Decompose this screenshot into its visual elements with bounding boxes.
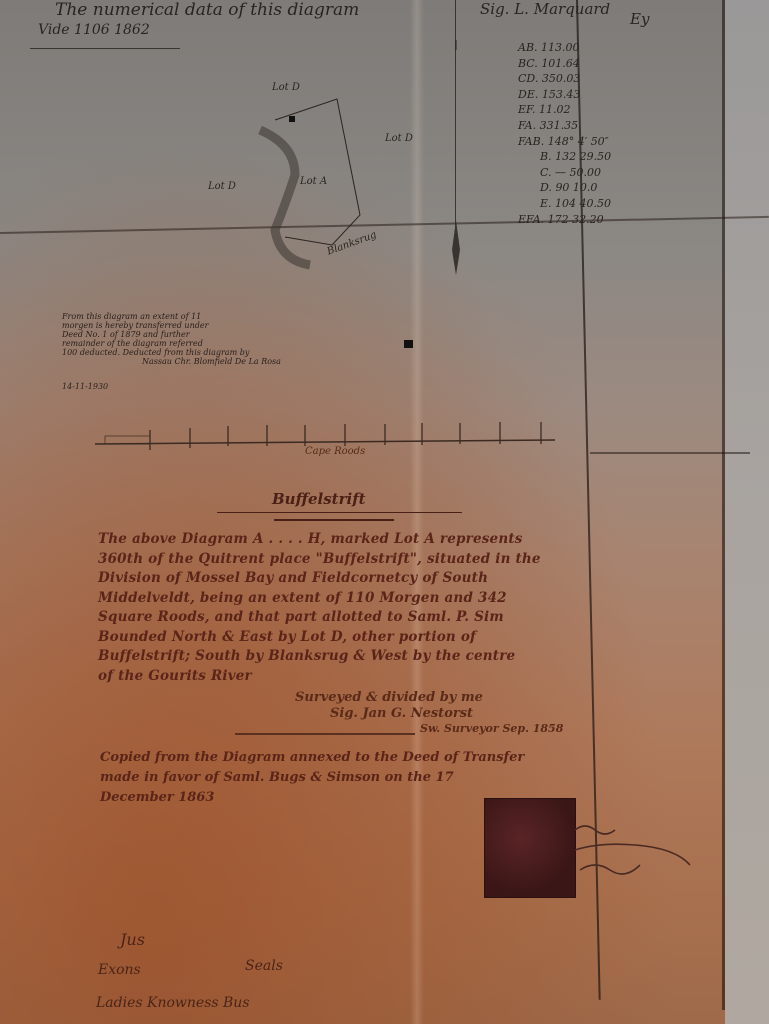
survey-row: FAB. 148° 4′ 50″ — [518, 134, 611, 150]
bottom-signature-d: Ladies Knowness Bus — [96, 995, 250, 1011]
survey-marker — [404, 340, 413, 348]
survey-row: EF. 11.02 — [518, 102, 611, 118]
attestation-line1: Surveyed & divided by me — [295, 690, 483, 705]
label-lot-d-left: Lot D — [208, 181, 236, 192]
survey-row: DE. 153.43 — [518, 87, 611, 103]
survey-row: E. 104 40.50 — [518, 196, 611, 212]
header-underline — [30, 48, 180, 49]
marginal-note: From this diagram an extent of 11 morgen… — [62, 312, 281, 366]
title-rule — [217, 512, 462, 513]
survey-row: BC. 101.64 — [518, 56, 611, 72]
page-edge — [725, 0, 769, 1024]
label-lot-d-right: Lot D — [385, 133, 413, 144]
document-title: Buffelstrift — [272, 490, 366, 508]
header-note-line1: The numerical data of this diagram — [55, 0, 359, 20]
survey-row: B. 132 29.50 — [518, 149, 611, 165]
north-arrow-icon — [446, 10, 466, 275]
attestation-line2: Sig. Jan G. Nestorst — [330, 706, 473, 721]
attestation-rule — [235, 733, 415, 735]
survey-row: D. 90 10.0 — [518, 180, 611, 196]
header-signature: Sig. L. Marquard — [480, 0, 610, 18]
registrar-signature — [570, 800, 700, 890]
bottom-signature-a: Jus — [120, 930, 145, 949]
copy-note: Copied from the Diagram annexed to the D… — [100, 748, 524, 808]
survey-row: CD. 350.03 — [518, 71, 611, 87]
survey-data-table: AB. 113.00 BC. 101.64 CD. 350.03 DE. 153… — [518, 40, 611, 227]
survey-row: FA. 331.35 — [518, 118, 611, 134]
official-seal — [484, 798, 576, 898]
page-border — [722, 0, 725, 1010]
fold-line — [590, 452, 750, 454]
marginal-note-date: 14-11-1930 — [62, 382, 108, 391]
title-underline — [274, 519, 394, 521]
survey-row: AB. 113.00 — [518, 40, 611, 56]
attestation-line3: Sw. Surveyor Sep. 1858 — [420, 722, 563, 735]
header-note-line2: Vide 1106 1862 — [38, 22, 150, 38]
survey-row: C. — 50.00 — [518, 165, 611, 181]
description-paragraph: The above Diagram A . . . . H, marked Lo… — [98, 530, 608, 686]
scale-bar-label: Cape Roods — [305, 446, 365, 457]
label-lot-a: Lot A — [300, 176, 327, 187]
bottom-signature-b: Exons — [98, 962, 141, 978]
header-abbrev: Ey — [630, 10, 649, 28]
label-lot-d-top: Lot D — [272, 82, 300, 93]
bottom-signature-c: Seals — [245, 958, 283, 974]
survey-row: EFA. 172 32.20 — [518, 212, 611, 228]
